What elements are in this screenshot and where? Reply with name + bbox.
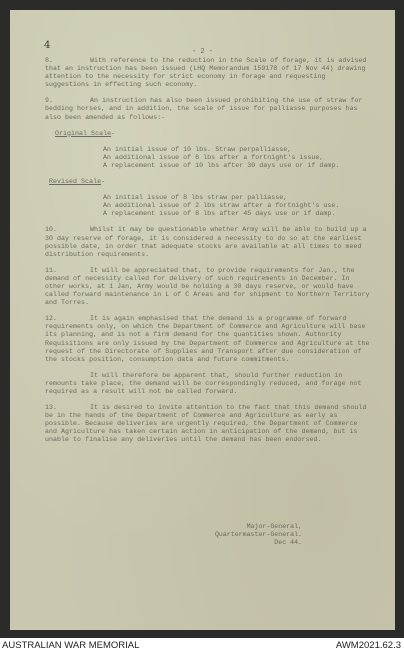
signature-date: Dec 44. <box>150 539 302 547</box>
paragraph-number: 8. <box>45 57 90 65</box>
heading-suffix: - <box>101 178 105 186</box>
paragraph-number: 11. <box>45 267 90 275</box>
document-body: 8.With reference to the reduction in the… <box>45 57 370 453</box>
paragraph-9: 9.An instruction has also been issued pr… <box>45 97 370 121</box>
paragraph-text: It will therefore be apparent that, shou… <box>45 372 366 395</box>
revised-scale-title: Revised Scale <box>49 178 101 185</box>
paragraph-number: 9. <box>45 97 90 105</box>
heading-suffix: - <box>111 130 115 138</box>
signature-title: Quartermaster-General. <box>150 531 302 539</box>
revised-scale-heading: Revised Scale - <box>49 178 370 186</box>
page-number: - 2 - <box>10 48 395 56</box>
scale-item: A replacement issue of 8 lbs after 45 da… <box>103 210 370 218</box>
paragraph-text: Whilst it may be questionable whether Ar… <box>45 226 371 257</box>
paragraph-10: 10.Whilst it may be questionable whether… <box>45 226 370 258</box>
scale-item: An additional issue of 2 lbs straw after… <box>103 202 370 210</box>
paragraph-11: 11.It will be appreciated that, to provi… <box>45 267 370 307</box>
institution-label: AUSTRALIAN WAR MEMORIAL <box>2 640 139 651</box>
paragraph-8: 8.With reference to the reduction in the… <box>45 57 370 89</box>
signature-rank: Major-General, <box>150 523 302 531</box>
paragraph-text: It is again emphasised that the demand i… <box>45 315 374 362</box>
paragraph-13: 13.It is desired to invite attention to … <box>45 404 370 444</box>
scale-item: A replacement issue of 10 lbs after 30 d… <box>103 162 370 170</box>
scale-item: An initial issue of 10 lbs. Straw perpal… <box>103 146 370 154</box>
original-scale-heading: Original Scale - <box>55 130 370 138</box>
original-scale-list: An initial issue of 10 lbs. Straw perpal… <box>103 146 370 170</box>
revised-scale-list: An initial issue of 8 lbs straw per pall… <box>103 194 370 218</box>
paragraph-text: With reference to the reduction in the S… <box>45 57 371 88</box>
paragraph-number: 13. <box>45 404 90 412</box>
paragraph-text: It will be appreciated that, to provide … <box>45 267 374 306</box>
paragraph-number: 10. <box>45 226 90 234</box>
accession-number: AWM2021.62.3 <box>336 640 401 651</box>
original-scale-title: Original Scale <box>55 130 111 137</box>
paragraph-text: An instruction has also been issued proh… <box>45 97 366 120</box>
paragraph-12-continued: It will therefore be apparent that, shou… <box>45 372 370 396</box>
paragraph-number: 12. <box>45 315 90 323</box>
scale-item: An initial issue of 8 lbs straw per pall… <box>103 194 370 202</box>
footer-bar: AUSTRALIAN WAR MEMORIAL AWM2021.62.3 <box>0 638 404 653</box>
paragraph-text: It is desired to invite attention to the… <box>45 404 371 443</box>
paragraph-12: 12.It is again emphasised that the deman… <box>45 315 370 364</box>
signature-block: Major-General, Quartermaster-General. De… <box>150 523 302 547</box>
scale-item: An additional issue of 6 lbs after a for… <box>103 154 370 162</box>
